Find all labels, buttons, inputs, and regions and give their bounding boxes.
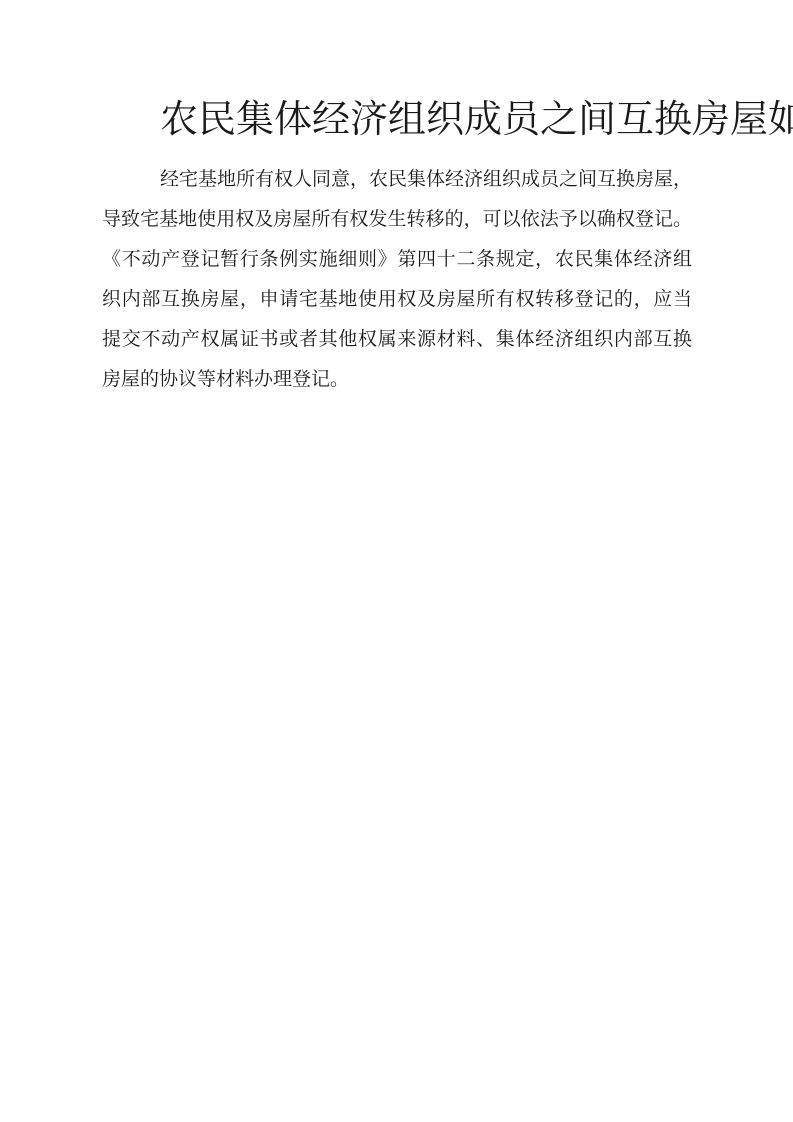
paragraph: 经宅基地所有权人同意，农民集体经济组织成员之间互换房屋， 导致宅基地使用权及房屋… xyxy=(102,160,692,400)
paragraph-line-2: 导致宅基地使用权及房屋所有权发生转移的，可以依法予以确权登记。 xyxy=(102,200,692,240)
paragraph-line-4: 织内部互换房屋，申请宅基地使用权及房屋所有权转移登记的，应当 xyxy=(102,280,692,320)
document-title: 农民集体经济组织成员之间互换房屋如何确权登记？ xyxy=(102,100,692,140)
paragraph-line-3: 《不动产登记暂行条例实施细则》第四十二条规定，农民集体经济组 xyxy=(102,240,692,280)
paragraph-line-5: 提交不动产权属证书或者其他权属来源材料、集体经济组织内部互换 xyxy=(102,320,692,360)
document-page: 农民集体经济组织成员之间互换房屋如何确权登记？ 经宅基地所有权人同意，农民集体经… xyxy=(0,0,793,1122)
paragraph-line-1: 经宅基地所有权人同意，农民集体经济组织成员之间互换房屋， xyxy=(102,160,692,200)
paragraph-line-6: 房屋的协议等材料办理登记。 xyxy=(102,360,692,400)
